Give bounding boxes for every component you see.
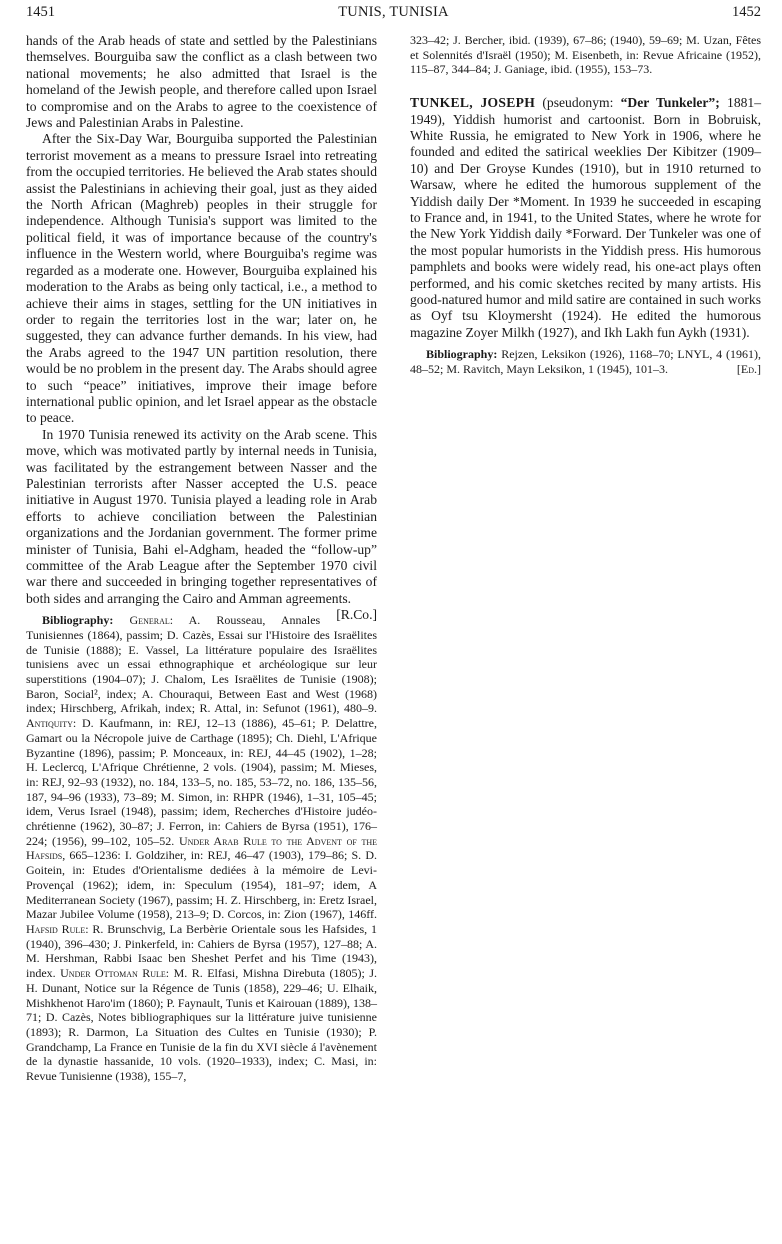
- left-column: hands of the Arab heads of state and set…: [26, 33, 377, 1084]
- right-column: 323–42; J. Bercher, ibid. (1939), 67–86;…: [410, 33, 761, 377]
- bib-section-text: A. Rousseau, Annales Tunisiennes (1864),…: [26, 613, 377, 715]
- bibliography-label: Bibliography:: [42, 613, 113, 627]
- bib-section-heading: Hafsid Rule:: [26, 922, 89, 936]
- paragraph-3: In 1970 Tunisia renewed its activity on …: [26, 427, 377, 607]
- paragraph-3-text: In 1970 Tunisia renewed its activity on …: [26, 427, 377, 606]
- page-title: TUNIS, TUNISIA: [26, 2, 761, 22]
- page-number-right: 1452: [732, 2, 761, 22]
- bib-section-text: D. Kaufmann, in: REJ, 12–13 (1886), 45–6…: [26, 716, 377, 848]
- encyclopedia-entry-tunkel: TUNKEL, JOSEPH (pseudonym: “Der Tunkeler…: [410, 95, 761, 341]
- entry-bibliography: Bibliography: Rejzen, Leksikon (1926), 1…: [410, 347, 761, 376]
- entry-pseudonym-intro: (pseudonym:: [542, 95, 613, 110]
- paragraph-2: After the Six-Day War, Bourguiba support…: [26, 131, 377, 426]
- bibliography: Bibliography: General: A. Rousseau, Anna…: [26, 613, 377, 1084]
- author-signature: [R.Co.]: [320, 607, 377, 623]
- bib-section-heading: Antiquity:: [26, 716, 76, 730]
- bib-section-heading: General:: [130, 613, 174, 627]
- bib-section-heading: Under Ottoman Rule:: [60, 966, 169, 980]
- entry-body: 1881–1949), Yiddish humorist and cartoon…: [410, 95, 761, 340]
- running-head: 1451 TUNIS, TUNISIA 1452: [26, 2, 761, 22]
- entry-bibliography-label: Bibliography:: [426, 347, 497, 361]
- paragraph-1: hands of the Arab heads of state and set…: [26, 33, 377, 131]
- entry-pseudonym: “Der Tunkeler”;: [621, 95, 720, 110]
- bib-section-text: M. R. Elfasi, Mishna Direbuta (1805); J.…: [26, 966, 377, 1083]
- editor-signature: [Ed.]: [721, 362, 761, 377]
- bibliography-continued: 323–42; J. Bercher, ibid. (1939), 67–86;…: [410, 33, 761, 77]
- entry-headword: TUNKEL, JOSEPH: [410, 95, 535, 110]
